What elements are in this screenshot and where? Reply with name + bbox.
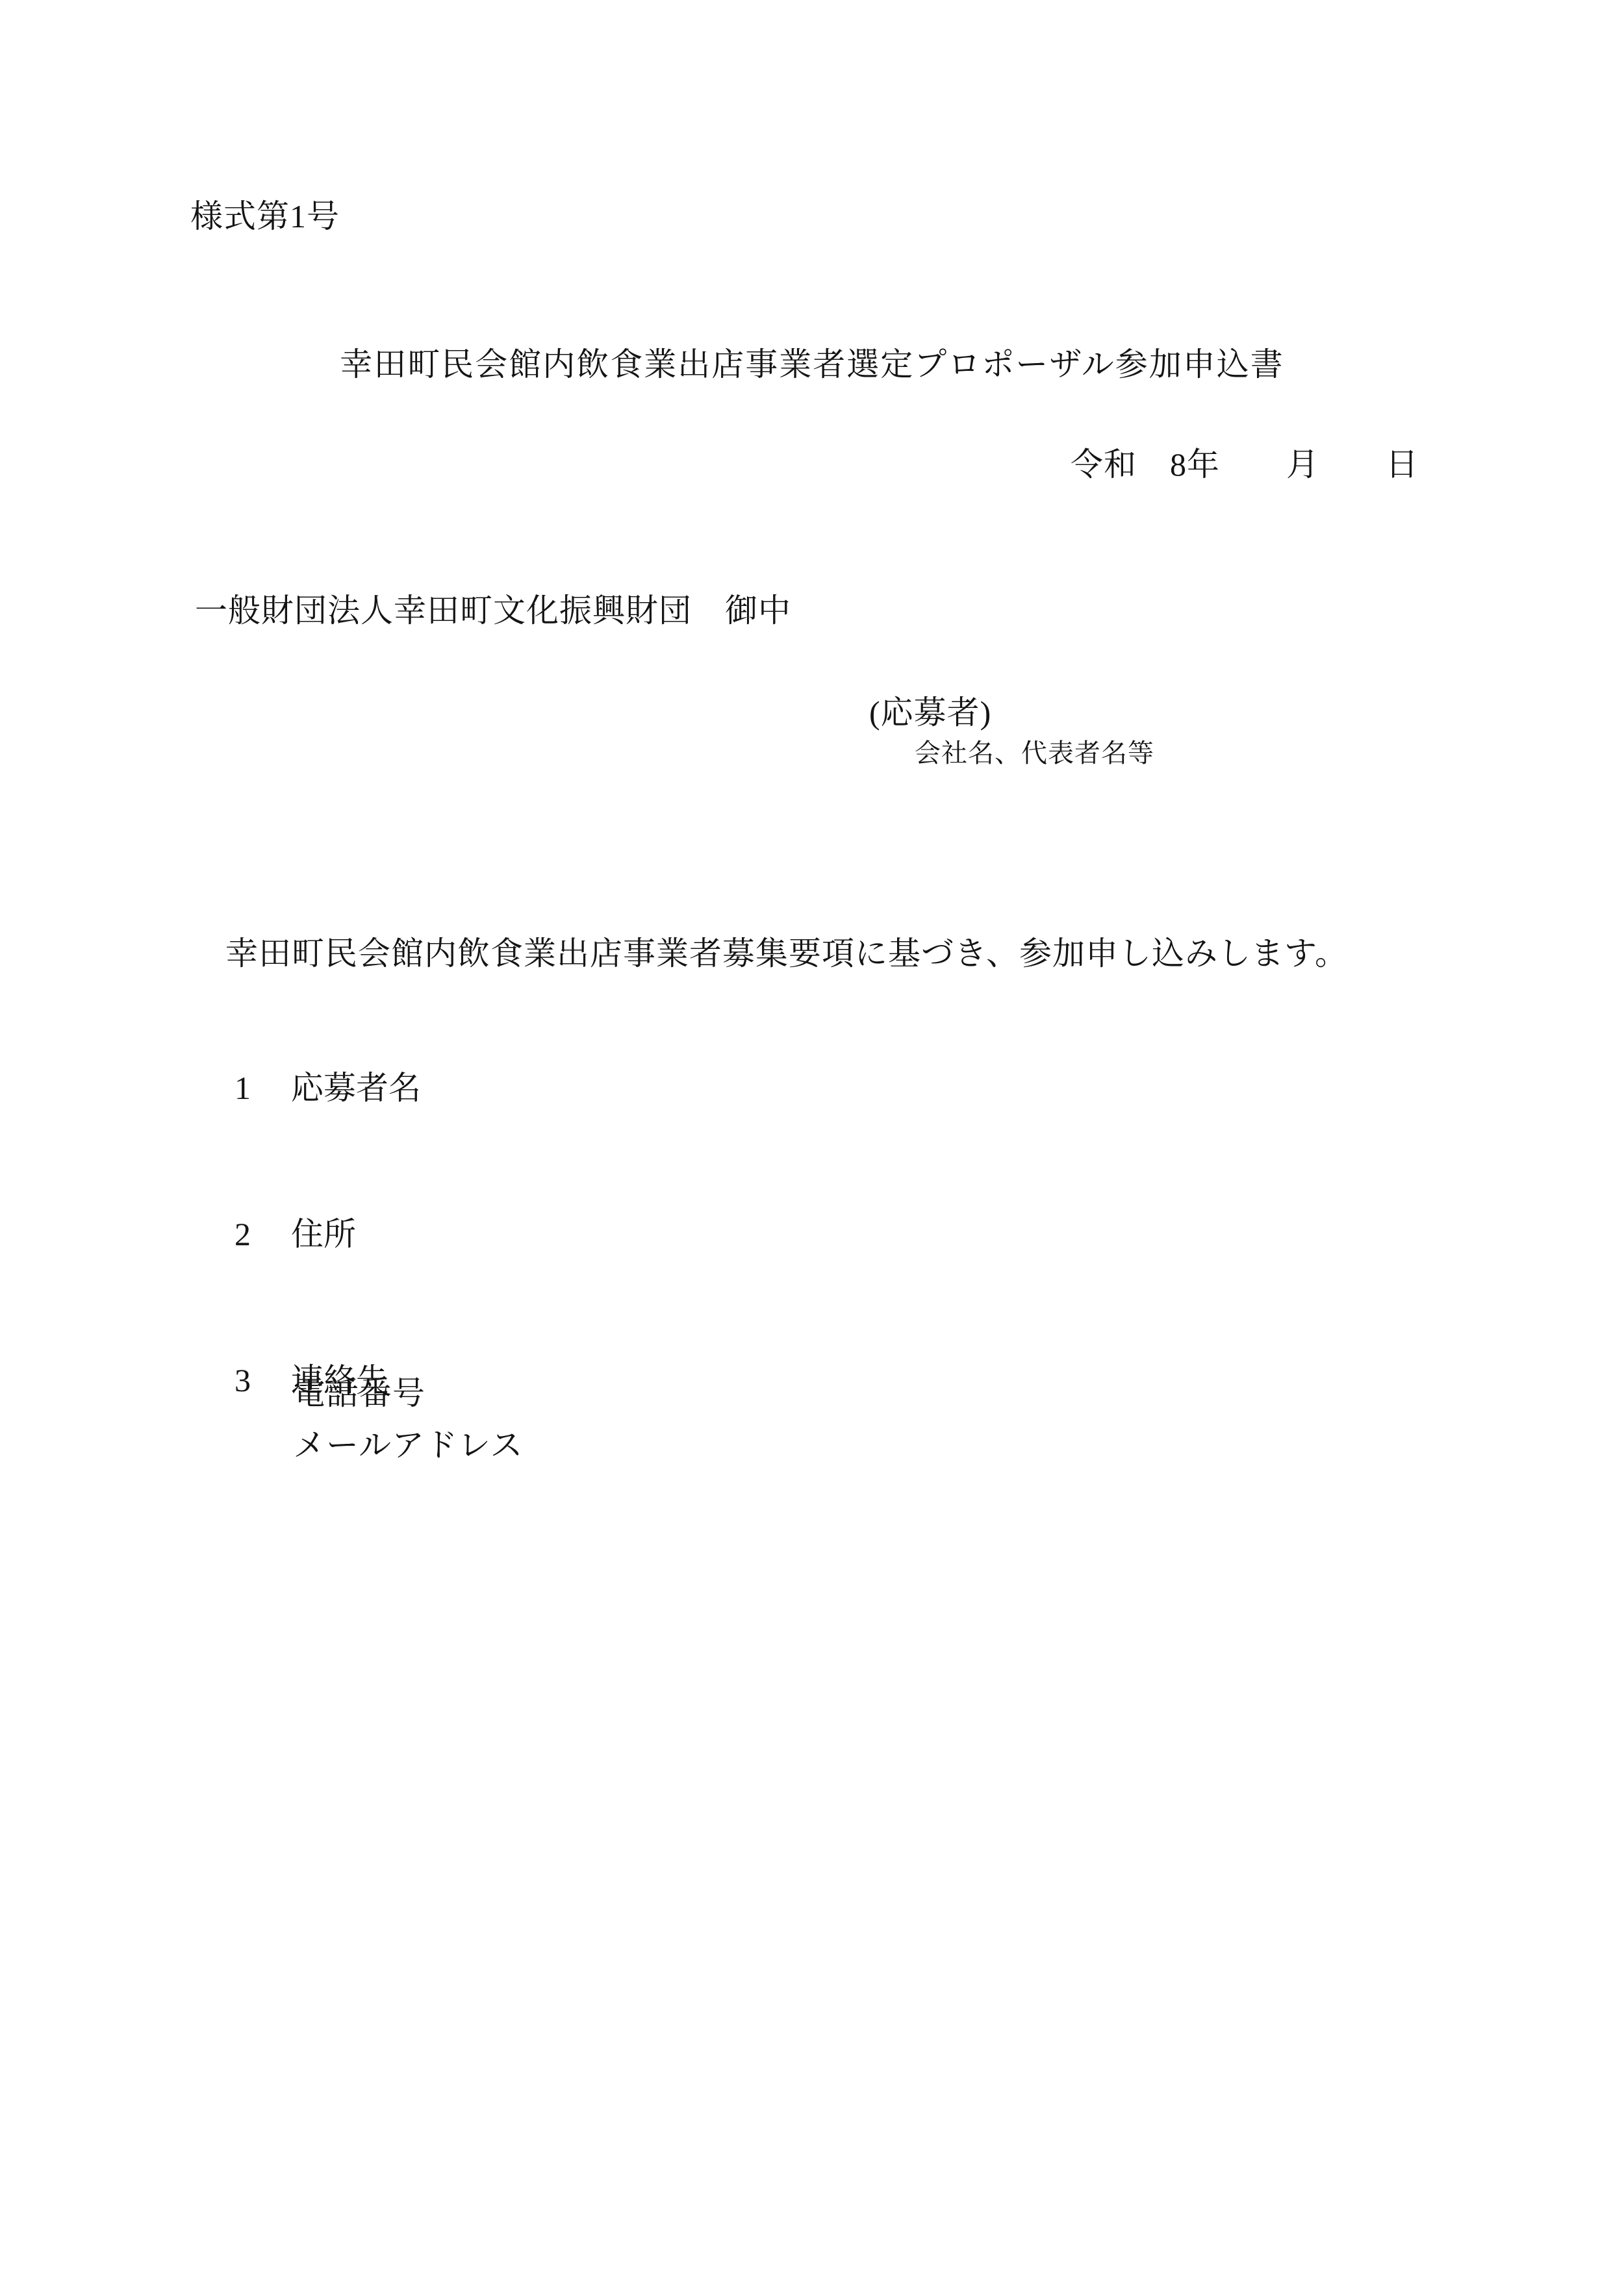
form-number: 様式第1号 <box>190 200 340 233</box>
item-address: 2住所 <box>202 1185 356 1283</box>
email-address-label: メールアドレス <box>293 1429 524 1461</box>
item-contact-number: 3 <box>235 1364 291 1396</box>
item-applicant-name-label: 応募者名 <box>291 1070 421 1106</box>
applicant-note: 会社名、代表者名等 <box>915 740 1154 766</box>
document-page: 様式第1号 幸田町民会館内飲食業出店事業者選定プロポーザル参加申込書 令和 8年… <box>0 0 1624 2296</box>
item-address-number: 2 <box>235 1218 291 1250</box>
document-title: 幸田町民会館内飲食業出店事業者選定プロポーザル参加申込書 <box>0 348 1624 381</box>
item-address-label: 住所 <box>291 1216 356 1252</box>
addressee-line: 一般財団法人幸田町文化振興財団 御中 <box>195 594 791 627</box>
date-line: 令和 8年 月 日 <box>1071 448 1419 481</box>
phone-number-label: 電話番号 <box>293 1377 425 1409</box>
item-applicant-name-number: 1 <box>235 1072 291 1104</box>
body-sentence: 幸田町民会館内飲食業出店事業者募集要項に基づき、参加申し込みします。 <box>225 937 1348 970</box>
item-applicant-name: 1応募者名 <box>202 1039 421 1137</box>
applicant-label: (応募者) <box>869 696 991 729</box>
